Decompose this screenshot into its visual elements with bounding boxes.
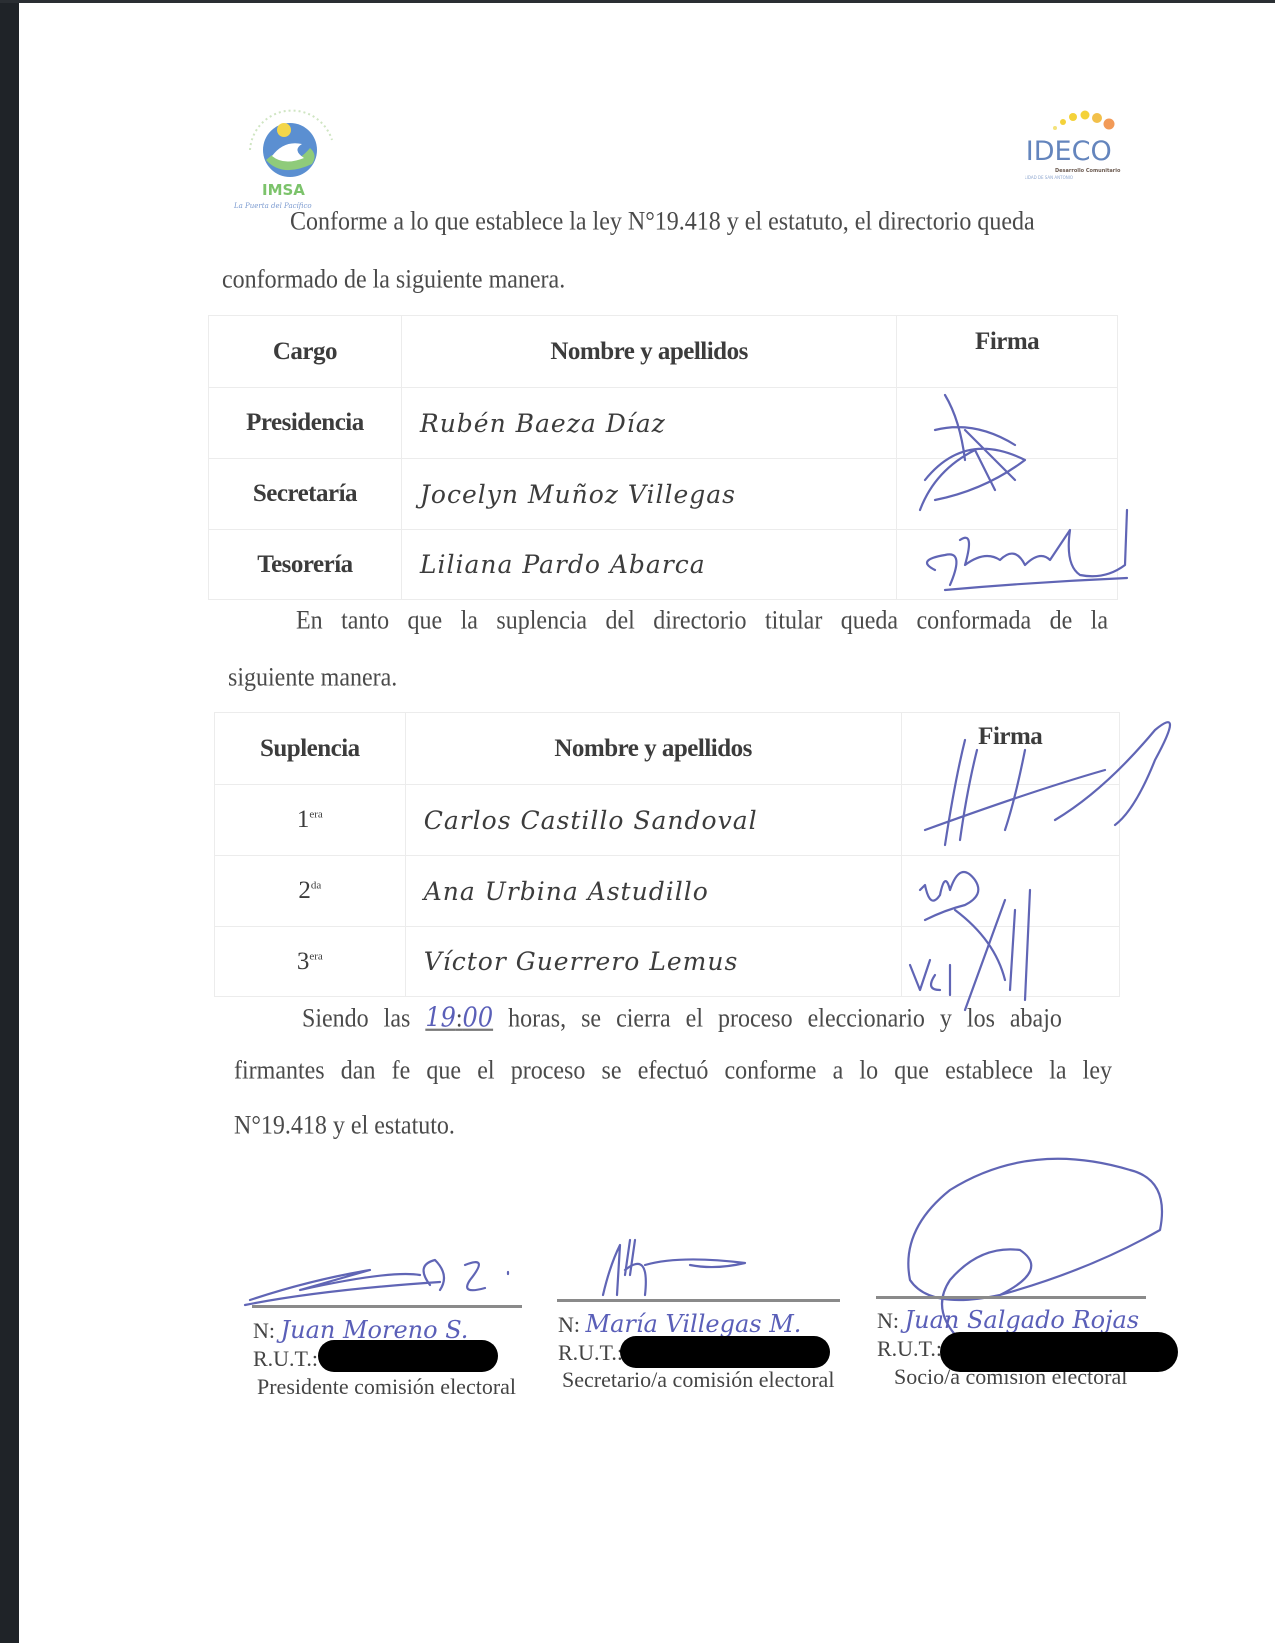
svg-text:MUNICIPALIDAD DE SAN ANTONIO: MUNICIPALIDAD DE SAN ANTONIO (1025, 175, 1073, 180)
redaction-rut-secretario (620, 1336, 830, 1368)
redaction-rut-socio (940, 1332, 1178, 1372)
signature-line-secretario (557, 1299, 840, 1302)
redaction-rut-presidente (318, 1340, 498, 1372)
signatory-role-secretario: Secretario/a comisión electoral (562, 1367, 834, 1393)
suplencia-signatures-icon (905, 710, 1195, 1040)
suplencia-order-cell: 3era (215, 927, 406, 997)
svg-text:Desarrollo Comunitario: Desarrollo Comunitario (1055, 168, 1121, 174)
signature-presidente-icon (240, 1250, 530, 1310)
suplencia-order-cell: 1era (215, 785, 406, 856)
signature-line-socio (876, 1296, 1146, 1299)
nombre-cell: Rubén Baeza Díaz (401, 388, 896, 459)
closing-line-1: Siendo las 19:00 horas, se cierra el pro… (302, 1004, 1114, 1032)
imsa-emblem-icon: IMSA La Puerta del Pacífico (232, 100, 350, 210)
intro-line-1: Conforme a lo que establece la ley N°19.… (290, 208, 1102, 235)
cargo-cell: Presidencia (209, 388, 402, 459)
nombre-cell: Víctor Guerrero Lemus (405, 927, 901, 997)
suplencia-intro-line-1: En tanto que la suplencia del directorio… (296, 607, 1108, 634)
nombre-cell: Jocelyn Muñoz Villegas (401, 459, 896, 530)
header-cargo: Cargo (209, 316, 402, 388)
dideco-emblem-icon: DIDECO Desarrollo Comunitario MUNICIPALI… (1025, 108, 1155, 190)
nombre-cell: Ana Urbina Astudillo (405, 856, 901, 927)
signature-line-presidente (252, 1305, 522, 1308)
closing-line-2: firmantes dan fe que el proceso se efect… (234, 1057, 1112, 1084)
signatory-name-socio: N: Juan Salgado Rojas (877, 1306, 1139, 1334)
header-nombre: Nombre y apellidos (405, 713, 901, 785)
dideco-logo: DIDECO Desarrollo Comunitario MUNICIPALI… (1025, 108, 1155, 190)
nombre-cell: Liliana Pardo Abarca (401, 530, 896, 600)
table-header-row: Cargo Nombre y apellidos Firma (209, 316, 1118, 388)
signature-secretario-icon (595, 1235, 745, 1305)
signatory-rut-secretario: R.U.T.: (558, 1340, 623, 1366)
cargo-cell: Secretaría (209, 459, 402, 530)
suplencia-order-cell: 2da (215, 856, 406, 927)
imsa-logo: IMSA La Puerta del Pacífico (232, 100, 350, 210)
svg-text:IMSA: IMSA (262, 181, 305, 199)
header-nombre: Nombre y apellidos (401, 316, 896, 388)
signatory-name-secretario: N: María Villegas M. (558, 1310, 801, 1338)
svg-text:DIDECO: DIDECO (1025, 136, 1112, 167)
closing-minutes: 00 (463, 1002, 494, 1033)
closing-time: 19:00 (425, 1004, 493, 1033)
suplencia-intro-line-2: siguiente manera. (228, 664, 397, 691)
closing-line-3: N°19.418 y el estatuto. (234, 1112, 455, 1139)
directorio-signatures-icon (905, 390, 1145, 600)
scan-border (0, 0, 19, 1643)
intro-line-2: conformado de la siguiente manera. (222, 266, 565, 293)
scan-border-top (0, 0, 1275, 3)
closing-hour: 19 (425, 1002, 456, 1033)
header-firma: Firma (897, 316, 1118, 388)
header-suplencia: Suplencia (215, 713, 406, 785)
nombre-cell: Carlos Castillo Sandoval (405, 785, 901, 856)
signatory-role-presidente: Presidente comisión electoral (257, 1374, 516, 1400)
signatory-rut-socio: R.U.T.: (877, 1336, 942, 1362)
cargo-cell: Tesorería (209, 530, 402, 600)
signatory-rut-presidente: R.U.T.: (253, 1346, 318, 1372)
